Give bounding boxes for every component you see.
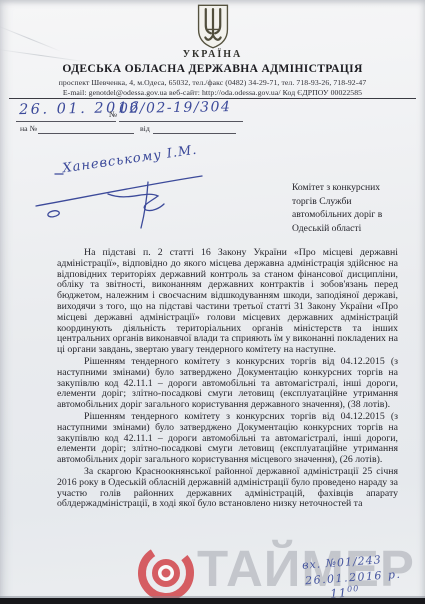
outgoing-number-handwritten: 02/02-19/304 xyxy=(119,99,232,117)
body-paragraph: Рішенням тендерного комітету з конкурсни… xyxy=(57,357,398,411)
scanned-letter-document: УКРАЇНА ОДЕСЬКА ОБЛАСНА ДЕРЖАВНА АДМІНІС… xyxy=(0,0,425,604)
body-paragraph: На підставі п. 2 статті 16 Закону Україн… xyxy=(57,248,398,356)
organization-address: проспект Шевченка, 4, м.Одеса, 65032, те… xyxy=(0,78,425,87)
country-name: УКРАЇНА xyxy=(0,49,425,60)
timer-bullseye-logo-icon xyxy=(136,543,196,604)
scan-bottom-band xyxy=(0,598,425,604)
organization-name: ОДЕСЬКА ОБЛАСНА ДЕРЖАВНА АДМІНІСТРАЦІЯ xyxy=(0,62,425,75)
ukraine-trident-coat-of-arms-icon xyxy=(196,4,230,54)
body-paragraph: Рішенням тендерного комітету з конкурсни… xyxy=(57,412,398,466)
letter-body: На підставі п. 2 статті 16 Закону Україн… xyxy=(57,248,398,511)
organization-contacts: E-mail: genotdel@odessa.gov.ua веб-сайт:… xyxy=(0,88,425,97)
addressee-line: автомобільних доріг в xyxy=(292,208,420,222)
addressee-line: Комітет з конкурсних xyxy=(292,181,420,195)
addressee-line: Одеській області xyxy=(292,222,420,236)
reply-to-number-label: на № xyxy=(20,124,37,133)
addressee-line: торгів Служби xyxy=(292,195,420,209)
number-sign-label: № xyxy=(109,109,117,119)
reply-date-form-line xyxy=(153,133,236,134)
addressee-block: Комітет з конкурсних торгів Служби автом… xyxy=(292,181,420,235)
paper-crease xyxy=(0,25,62,52)
signature-scribble xyxy=(30,160,210,235)
date-form-line xyxy=(16,121,116,122)
reply-from-date-label: від xyxy=(140,124,150,133)
number-form-line xyxy=(119,121,243,122)
body-paragraph: За скаргою Красноокнянської районної дер… xyxy=(57,467,398,510)
reply-number-form-line xyxy=(38,133,134,134)
